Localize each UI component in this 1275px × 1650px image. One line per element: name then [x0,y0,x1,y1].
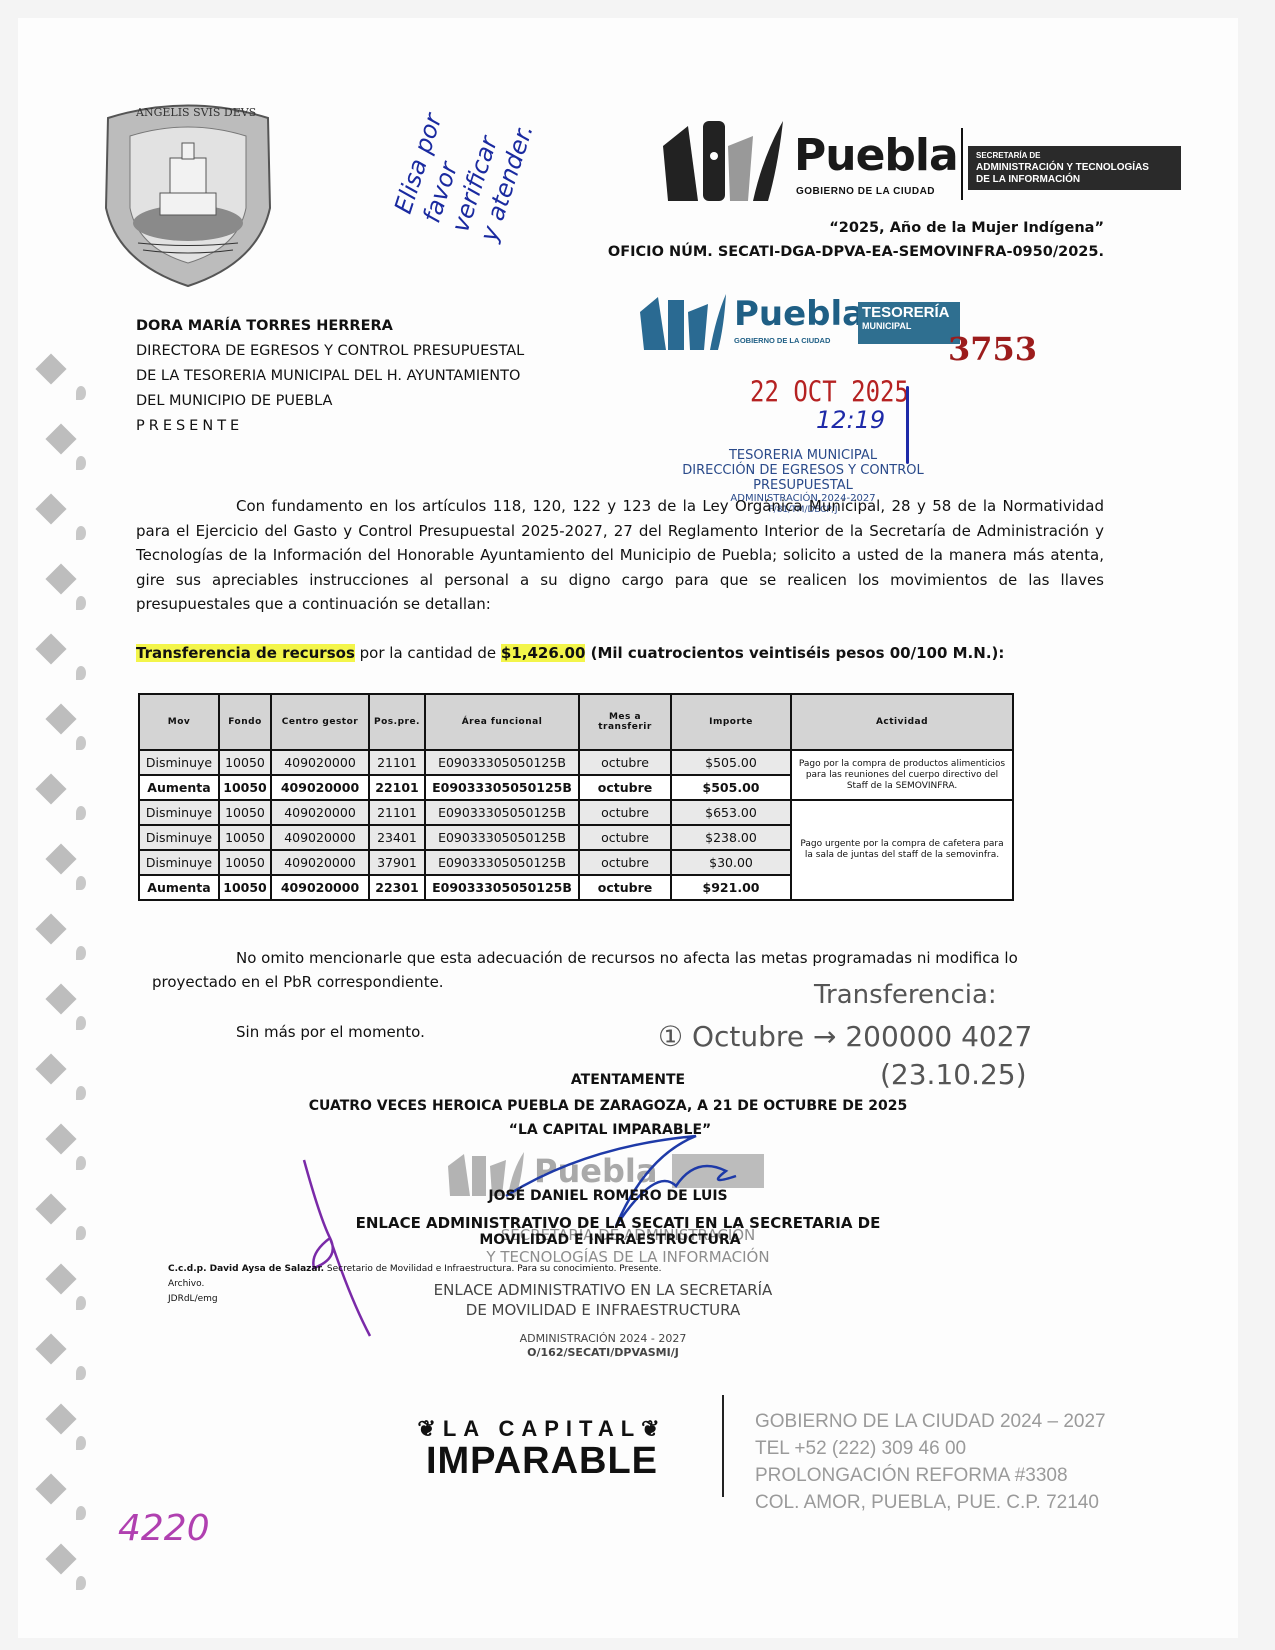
cell-fondo: 10050 [219,775,271,800]
border-diamond-icon [35,353,66,384]
footer-address: GOBIERNO DE LA CIUDAD 2024 – 2027 TEL +5… [755,1408,1106,1516]
cell-mes: octubre [579,850,671,875]
border-diamond-icon [45,1403,76,1434]
cell-area: E09033305050125B [425,825,579,850]
cell-importe: $30.00 [671,850,791,875]
year-motto: “2025, Año de la Mujer Indígena” [829,220,1104,236]
cell-centro: 409020000 [271,825,369,850]
cell-mov: Disminuye [139,750,219,775]
col-header-fondo: Fondo [219,694,271,750]
border-diamond-icon [45,1263,76,1294]
cell-mov: Aumenta [139,775,219,800]
body-paragraph: Con fundamento en los artículos 118, 120… [136,494,1104,617]
cell-mov: Disminuye [139,825,219,850]
col-header-mes: Mes a transferir [579,694,671,750]
cell-importe: $653.00 [671,800,791,825]
border-diamond-icon [35,913,66,944]
transfer-amount-words: (Mil cuatrocientos veintiséis pesos 00/1… [585,644,1004,662]
secati-seal-admin: ADMINISTRACIÓN 2024 - 2027 O/162/SECATI/… [418,1332,788,1360]
ccp-text: Secretario de Movilidad e Infraestructur… [324,1264,661,1274]
stamp-folio-number: 3753 [948,330,1037,368]
addressee-block: DORA MARÍA TORRES HERRERA DIRECTORA DE E… [136,314,524,439]
col-header-pospre: Pos.pre. [369,694,425,750]
border-diamond-icon [45,983,76,1014]
cell-pospre: 37901 [369,850,425,875]
cell-importe: $921.00 [671,875,791,900]
oficio-number: OFICIO NÚM. SECATI-DGA-DPVA-EA-SEMOVINFR… [608,244,1104,260]
secati-line: DE LA INFORMACIÓN [976,174,1173,186]
stamp-tesoreria-box: TESORERÍA MUNICIPAL [858,302,960,344]
wing-right-icon: ❦ [641,1416,666,1441]
stamp-box-line: MUNICIPAL [862,321,956,331]
cell-importe: $238.00 [671,825,791,850]
cell-mes: octubre [579,825,671,850]
stamp-date: 22 OCT 2025 [750,375,909,409]
cell-mov: Disminuye [139,800,219,825]
footer-logo-line: ❦LA CAPITAL❦ [392,1416,692,1442]
cell-pospre: 22101 [369,775,425,800]
cell-pospre: 23401 [369,825,425,850]
decorative-border [36,358,92,1648]
col-header-centro-gestor: Centro gestor [271,694,369,750]
cell-mov: Aumenta [139,875,219,900]
cell-centro: 409020000 [271,750,369,775]
addressee-name: DORA MARÍA TORRES HERRERA [136,314,524,339]
cell-importe: $505.00 [671,750,791,775]
cell-fondo: 10050 [219,800,271,825]
footer-address-line: GOBIERNO DE LA CIUDAD 2024 – 2027 [755,1408,1106,1435]
stamp-dept-line: TESORERIA MUNICIPAL [658,448,948,463]
stamp-subtitle: GOBIERNO DE LA CIUDAD [734,336,830,345]
border-diamond-icon [45,1543,76,1574]
transfer-line: Transferencia de recursos por la cantida… [136,644,1004,662]
footer-address-line: COL. AMOR, PUEBLA, PUE. C.P. 72140 [755,1489,1106,1516]
signer-name: JOSÉ DANIEL ROMERO DE LUIS [0,1188,1218,1204]
cell-pospre: 21101 [369,750,425,775]
table-header-row: Mov Fondo Centro gestor Pos.pre. Área fu… [139,694,1013,750]
border-leaf-icon [76,666,86,680]
border-leaf-icon [76,386,86,400]
border-leaf-icon [76,1366,86,1380]
secati-box: SECRETARÍA DE ADMINISTRACIÓN Y TECNOLOGÍ… [968,146,1181,190]
cell-fondo: 10050 [219,875,271,900]
cell-actividad: Pago por la compra de productos alimenti… [791,750,1013,800]
table-row: Disminuye 10050 409020000 21101 E0903330… [139,750,1013,775]
border-diamond-icon [35,633,66,664]
logo-subtitle: GOBIERNO DE LA CIUDAD [796,186,935,197]
cell-centro: 409020000 [271,875,369,900]
border-leaf-icon [76,526,86,540]
sin-mas-text: Sin más por el momento. [236,1020,536,1044]
footer-divider [722,1395,724,1497]
addressee-title: DEL MUNICIPIO DE PUEBLA [136,389,524,414]
cell-mes: octubre [579,800,671,825]
la-capital-imparable-logo: ❦LA CAPITAL❦ IMPARABLE [392,1416,692,1480]
stamp-skyline-icon [638,292,728,352]
cell-actividad: Pago urgente por la compra de cafetera p… [791,800,1013,900]
border-diamond-icon [35,1333,66,1364]
border-leaf-icon [76,1576,86,1590]
cell-area: E09033305050125B [425,775,579,800]
cell-mes: octubre [579,750,671,775]
puebla-secati-logo: Puebla GOBIERNO DE LA CIUDAD SECRETARÍA … [658,116,1178,204]
border-leaf-icon [76,1296,86,1310]
initial-stroke-purple [300,1158,380,1338]
seal-line: ENLACE ADMINISTRATIVO EN LA SECRETARÍA [418,1280,788,1300]
coat-of-arms-logo: ANGELIS SVIS DEVS [98,98,278,288]
cell-importe: $505.00 [671,775,791,800]
handwritten-transfer-title: Transferencia: [814,980,997,1010]
seal-line: DE MOVILIDAD E INFRAESTRUCTURA [418,1300,788,1320]
cell-pospre: 22301 [369,875,425,900]
transfer-label: Transferencia de recursos [136,644,355,662]
logo-city-name: Puebla [794,130,958,181]
border-diamond-icon [35,773,66,804]
handwritten-note: Elisa por favor verificar y atender. [378,58,578,228]
cell-area: E09033305050125B [425,850,579,875]
border-leaf-icon [76,1436,86,1450]
border-diamond-icon [35,1473,66,1504]
border-diamond-icon [45,703,76,734]
cell-area: E09033305050125B [425,800,579,825]
cell-mes: octubre [579,775,671,800]
atentamente-label: ATENTAMENTE [18,1072,1238,1088]
budget-movements-table: Mov Fondo Centro gestor Pos.pre. Área fu… [138,693,1014,901]
border-leaf-icon [76,1156,86,1170]
secati-seal-text: ENLACE ADMINISTRATIVO EN LA SECRETARÍA D… [418,1280,788,1320]
cell-mes: octubre [579,875,671,900]
border-diamond-icon [45,423,76,454]
cell-mov: Disminuye [139,850,219,875]
stamp-dept-line: PRESUPUESTAL [658,478,948,493]
handwritten-transfer-line: ① Octubre → 200000 4027 [658,1020,1032,1053]
col-header-importe: Importe [671,694,791,750]
secati-line: SECRETARÍA DE [976,150,1173,162]
border-leaf-icon [76,946,86,960]
footer-logo-text: IMPARABLE [392,1442,692,1480]
presente-label: PRESENTE [136,414,524,439]
border-leaf-icon [76,876,86,890]
cell-centro: 409020000 [271,800,369,825]
footer-address-line: TEL +52 (222) 309 46 00 [755,1435,1106,1462]
coat-of-arms-motto: ANGELIS SVIS DEVS [136,106,256,119]
border-leaf-icon [76,806,86,820]
cell-area: E09033305050125B [425,875,579,900]
addressee-title: DE LA TESORERIA MUNICIPAL DEL H. AYUNTAM… [136,364,524,389]
cell-pospre: 21101 [369,800,425,825]
border-leaf-icon [76,1016,86,1030]
border-diamond-icon [45,563,76,594]
border-leaf-icon [76,736,86,750]
table-row: Disminuye 10050 409020000 21101 E0903330… [139,800,1013,825]
cell-fondo: 10050 [219,825,271,850]
border-leaf-icon [76,1506,86,1520]
stamp-dept-line: DIRECCIÓN DE EGRESOS Y CONTROL [658,463,948,478]
border-leaf-icon [76,596,86,610]
transfer-amount: $1,426.00 [501,644,585,662]
col-header-area-funcional: Área funcional [425,694,579,750]
place-date: CUATRO VECES HEROICA PUEBLA DE ZARAGOZA,… [0,1098,1218,1114]
logo-divider [961,128,963,200]
border-diamond-icon [45,843,76,874]
city-skyline-icon [658,116,788,202]
border-diamond-icon [35,493,66,524]
stamp-city: Puebla [734,294,865,334]
cell-fondo: 10050 [219,750,271,775]
document-page: ANGELIS SVIS DEVS Elisa por favor verifi… [18,18,1238,1638]
transfer-text: por la cantidad de [355,644,501,662]
wing-left-icon: ❦ [417,1416,442,1441]
cell-centro: 409020000 [271,775,369,800]
footer-address-line: PROLONGACIÓN REFORMA #3308 [755,1462,1106,1489]
signer-title: MOVILIDAD E INFRAESTRUCTURA [0,1232,1220,1248]
seal-line: ADMINISTRACIÓN 2024 - 2027 [418,1332,788,1346]
col-header-mov: Mov [139,694,219,750]
handwritten-page-number: 4220 [118,1508,210,1549]
seal-line: O/162/SECATI/DPVASMI/J [418,1346,788,1360]
secati-line: ADMINISTRACIÓN Y TECNOLOGÍAS [976,162,1173,174]
footer-logo-text: LA CAPITAL [443,1416,641,1441]
addressee-title: DIRECTORA DE EGRESOS Y CONTROL PRESUPUES… [136,339,524,364]
col-header-actividad: Actividad [791,694,1013,750]
ccp-name: C.c.d.p. David Aysa de Salazar. [168,1264,324,1274]
tesoreria-received-stamp: Puebla GOBIERNO DE LA CIUDAD TESORERÍA M… [638,282,1038,502]
cell-fondo: 10050 [219,850,271,875]
stamp-box-line: TESORERÍA [862,304,956,321]
cell-centro: 409020000 [271,850,369,875]
border-leaf-icon [76,456,86,470]
cell-area: E09033305050125B [425,750,579,775]
stamp-time-handwritten: 12:19 [816,406,885,434]
